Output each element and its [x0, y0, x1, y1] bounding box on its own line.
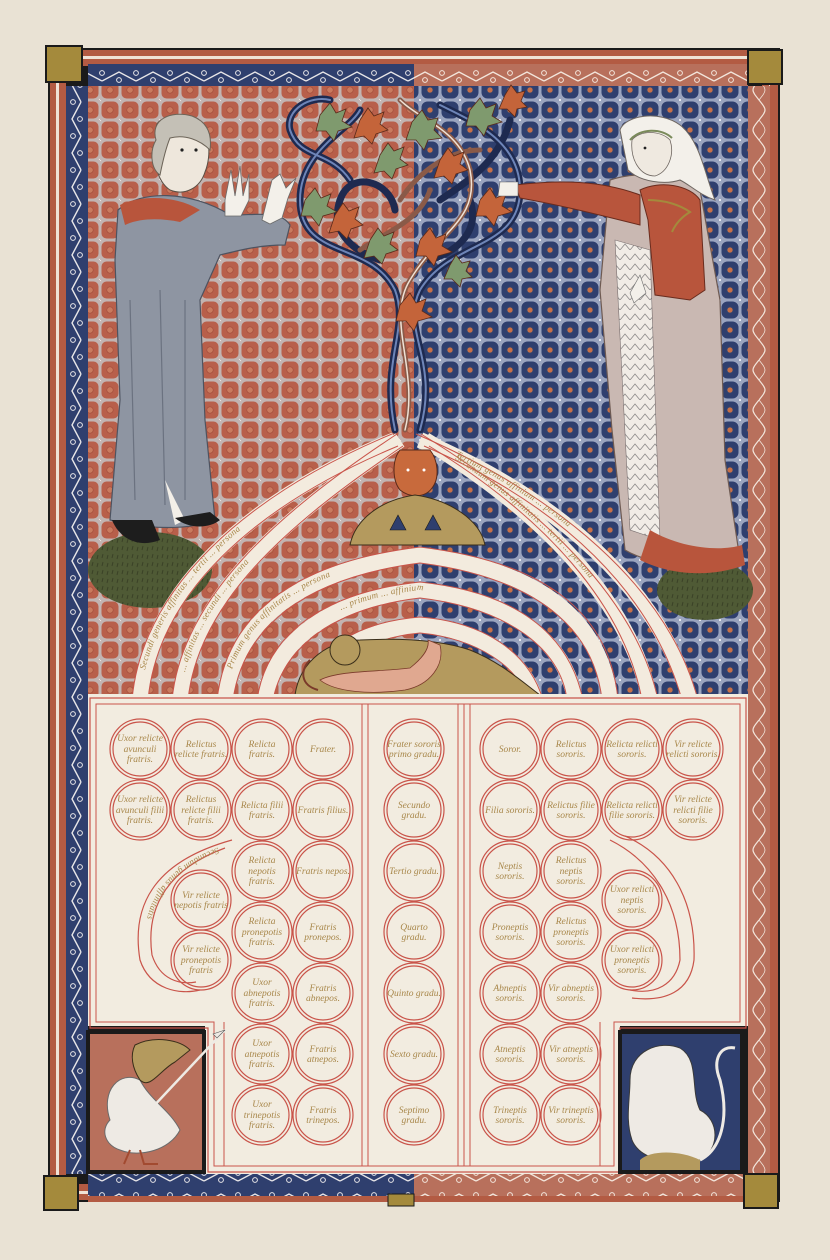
circle-label: Neptis sororis.	[483, 852, 537, 892]
circle-label: Relicta relicti sororis.	[605, 730, 659, 770]
circle-label: Vir relicte relicti sororis.	[666, 730, 720, 770]
circle-label: Relicta nepotis fratris.	[235, 852, 289, 892]
circle-label: Relicta fratris.	[235, 730, 289, 770]
degree-label: Quinto gradu.	[387, 974, 441, 1014]
circle-label: Relictus neptis sororis.	[544, 852, 598, 892]
crowned-lion-drollery	[618, 1030, 744, 1174]
circle-label: Vir relicte pronepotis fratris	[174, 941, 228, 981]
circle-label: Vir relicte relicti filie sororis.	[666, 791, 720, 831]
circle-label: Fratris filius.	[296, 791, 350, 831]
circle-label: Fratris atnepos.	[296, 1035, 350, 1075]
circle-label: Uxor relicti proneptis sororis.	[605, 941, 659, 981]
circle-label: Abneptis sororis.	[483, 974, 537, 1014]
degree-label: Tertio gradu.	[387, 852, 441, 892]
gold-corner-top-left	[46, 46, 82, 82]
circle-label: Relictus proneptis sororis.	[544, 913, 598, 953]
circle-label: Relicta relicti filie sororis.	[605, 791, 659, 831]
circle-label: Relictus relicte fratris.	[174, 730, 228, 770]
circle-label: Relictus filie sororis.	[544, 791, 598, 831]
circle-label: Uxor trinepotis fratris.	[235, 1096, 289, 1136]
circle-label: Fratris trinepos.	[296, 1096, 350, 1136]
circle-label: Vir abneptis sororis.	[544, 974, 598, 1014]
circle-label: Vir trineptis sororis.	[544, 1096, 598, 1136]
circle-label: Fratris abnepos.	[296, 974, 350, 1014]
degree-label: Septimo gradu.	[387, 1096, 441, 1136]
circle-label: Filia sororis.	[483, 791, 537, 831]
gold-bottom-center	[388, 1194, 414, 1206]
circle-label: Atneptis sororis.	[483, 1035, 537, 1075]
gold-corner-bottom-left	[44, 1176, 78, 1210]
circle-label: Vir relicte nepotis fratris	[174, 881, 228, 921]
circle-label: Relicta filii fratris.	[235, 791, 289, 831]
circle-label: Relictus sororis.	[544, 730, 598, 770]
circle-label: Uxor relicti neptis sororis.	[605, 881, 659, 921]
degree-label: Quarto gradu.	[387, 913, 441, 953]
manuscript-page: Secundi generis affinitas ... tertii ...…	[0, 0, 830, 1260]
circle-label: Uxor relicte avunculi filii fratris.	[113, 791, 167, 831]
circle-label: Relicta pronepotis fratris.	[235, 913, 289, 953]
circle-label: Soror.	[483, 730, 537, 770]
circle-label: Uxor atnepotis fratris.	[235, 1035, 289, 1075]
gold-corner-bottom-right	[744, 1174, 778, 1208]
gold-corner-top-right	[748, 50, 782, 84]
circle-label: Trineptis sororis.	[483, 1096, 537, 1136]
circle-label: Fratris nepos.	[296, 852, 350, 892]
circle-label: Relictus relicte filii fratris.	[174, 791, 228, 831]
degree-label: Frater sororis primo gradu.	[387, 730, 441, 770]
circle-label: Uxor abnepotis fratris.	[235, 974, 289, 1014]
circle-label: Frater.	[296, 730, 350, 770]
circle-label: Proneptis sororis.	[483, 913, 537, 953]
circle-label: Uxor relicte avunculi fratris.	[113, 730, 167, 770]
circle-label: Fratris pronepos.	[296, 913, 350, 953]
degree-label: Secundo gradu.	[387, 791, 441, 831]
degree-label: Sexto gradu.	[387, 1035, 441, 1075]
boar-hybrid-drollery	[86, 1030, 225, 1174]
circle-label: Vir atneptis sororis.	[544, 1035, 598, 1075]
